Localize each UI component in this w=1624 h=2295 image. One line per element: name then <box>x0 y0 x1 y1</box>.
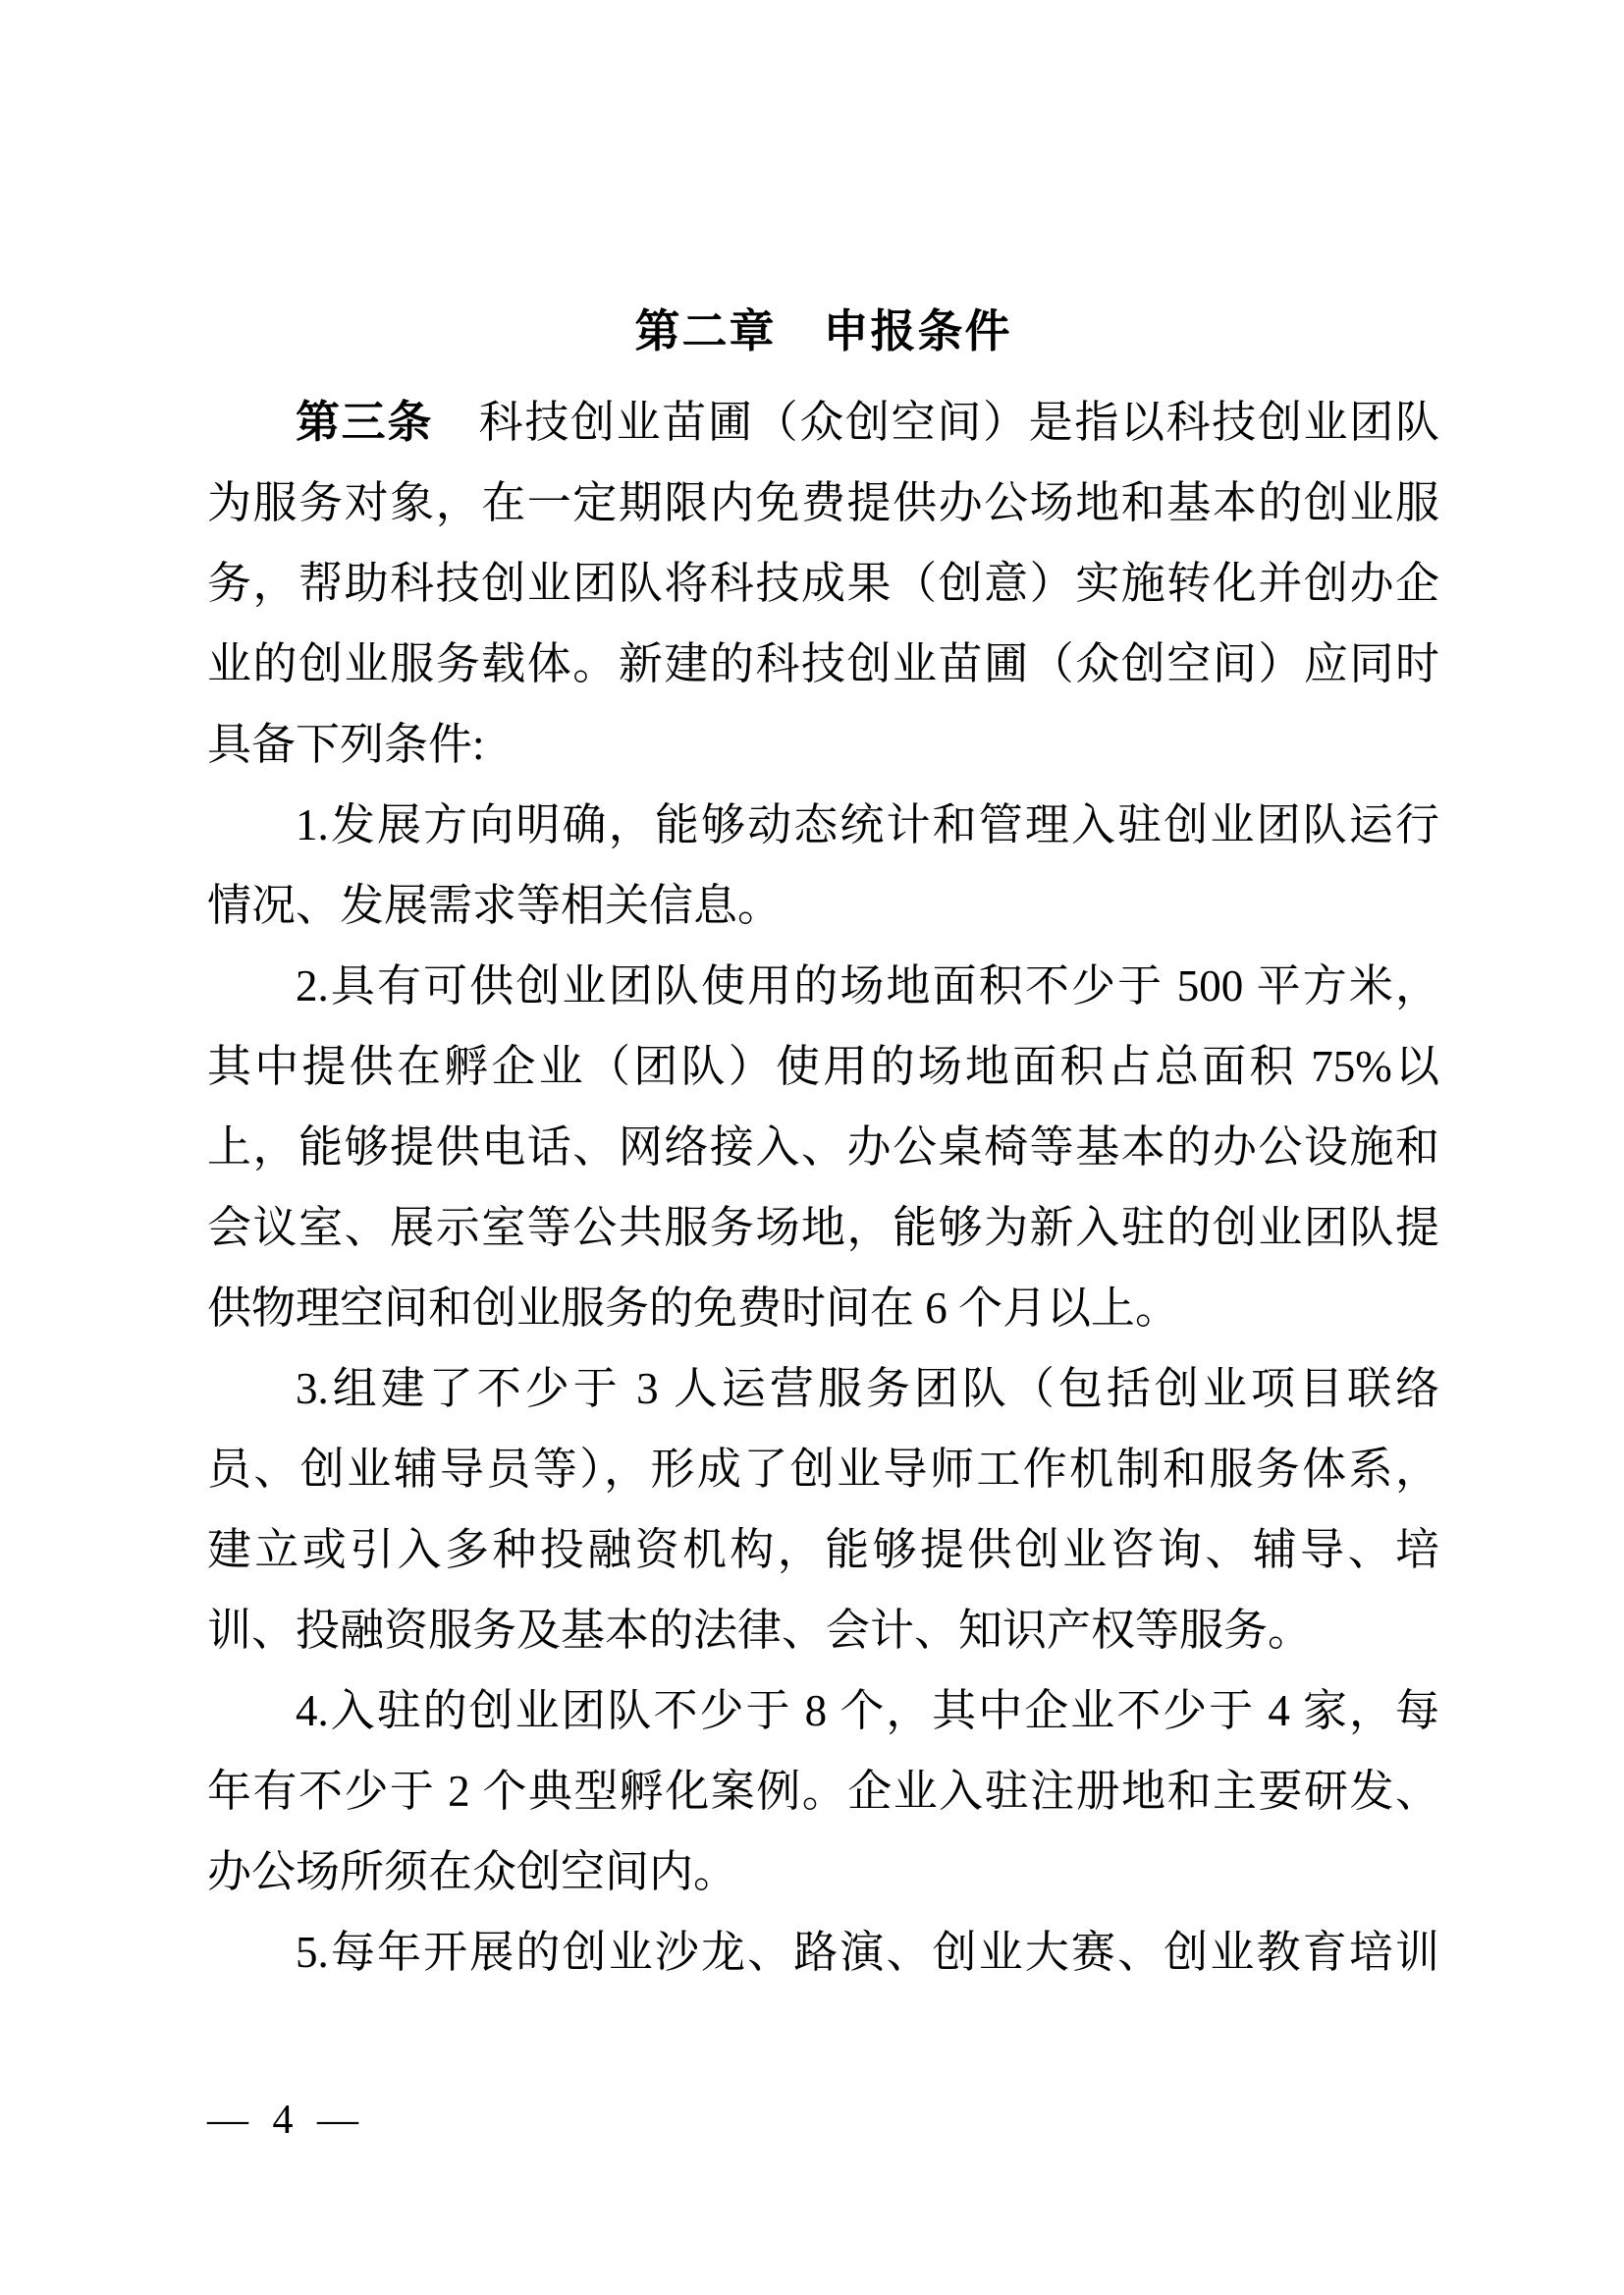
text-line: 具备下列条件: <box>207 704 1439 785</box>
text-line: 上，能够提供电话、网络接入、办公桌椅等基本的办公设施和 <box>207 1107 1439 1187</box>
chapter-title: 第二章 申报条件 <box>207 291 1439 371</box>
article-number: 第三条 <box>296 398 433 447</box>
paragraph: 2.具有可供创业团队使用的场地面积不少于 500 平方米，其中提供在孵企业（团队… <box>207 946 1439 1348</box>
text-line: 其中提供在孵企业（团队）使用的场地面积占总面积 75%以 <box>207 1026 1439 1107</box>
text-line: 4.入驻的创业团队不少于 8 个，其中企业不少于 4 家，每 <box>207 1670 1439 1751</box>
text-line: 5.每年开展的创业沙龙、路演、创业大赛、创业教育培训 <box>207 1912 1439 1993</box>
text-line: 1.发展方向明确，能够动态统计和管理入驻创业团队运行 <box>207 785 1439 865</box>
text-line: 训、投融资服务及基本的法律、会计、知识产权等服务。 <box>207 1590 1439 1670</box>
paragraph: 1.发展方向明确，能够动态统计和管理入驻创业团队运行情况、发展需求等相关信息。 <box>207 785 1439 946</box>
document-body: 第三条 科技创业苗圃（众创空间）是指以科技创业团队为服务对象，在一定期限内免费提… <box>207 382 1439 1993</box>
text-line: 员、创业辅导员等），形成了创业导师工作机制和服务体系， <box>207 1429 1439 1509</box>
text-line: 年有不少于 2 个典型孵化案例。企业入驻注册地和主要研发、 <box>207 1751 1439 1831</box>
page-number: — 4 — <box>207 2080 358 2160</box>
text-line: 会议室、展示室等公共服务场地，能够为新入驻的创业团队提 <box>207 1187 1439 1268</box>
text-line: 为服务对象，在一定期限内免费提供办公场地和基本的创业服 <box>207 463 1439 543</box>
text-line: 供物理空间和创业服务的免费时间在 6 个月以上。 <box>207 1268 1439 1348</box>
text-line: 业的创业服务载体。新建的科技创业苗圃（众创空间）应同时 <box>207 624 1439 704</box>
text-line: 2.具有可供创业团队使用的场地面积不少于 500 平方米， <box>207 946 1439 1026</box>
document-page: 第二章 申报条件 第三条 科技创业苗圃（众创空间）是指以科技创业团队为服务对象，… <box>0 0 1624 2295</box>
text-line: 办公场所须在众创空间内。 <box>207 1831 1439 1912</box>
text-line: 情况、发展需求等相关信息。 <box>207 865 1439 946</box>
paragraph: 4.入驻的创业团队不少于 8 个，其中企业不少于 4 家，每年有不少于 2 个典… <box>207 1670 1439 1912</box>
text-line: 务，帮助科技创业团队将科技成果（创意）实施转化并创办企 <box>207 543 1439 624</box>
text-line: 第三条 科技创业苗圃（众创空间）是指以科技创业团队 <box>207 382 1439 463</box>
paragraph: 3.组建了不少于 3 人运营服务团队（包括创业项目联络员、创业辅导员等），形成了… <box>207 1348 1439 1670</box>
text-line: 3.组建了不少于 3 人运营服务团队（包括创业项目联络 <box>207 1348 1439 1429</box>
paragraph: 第三条 科技创业苗圃（众创空间）是指以科技创业团队为服务对象，在一定期限内免费提… <box>207 382 1439 785</box>
text-line: 建立或引入多种投融资机构，能够提供创业咨询、辅导、培 <box>207 1509 1439 1590</box>
paragraph: 5.每年开展的创业沙龙、路演、创业大赛、创业教育培训 <box>207 1912 1439 1993</box>
